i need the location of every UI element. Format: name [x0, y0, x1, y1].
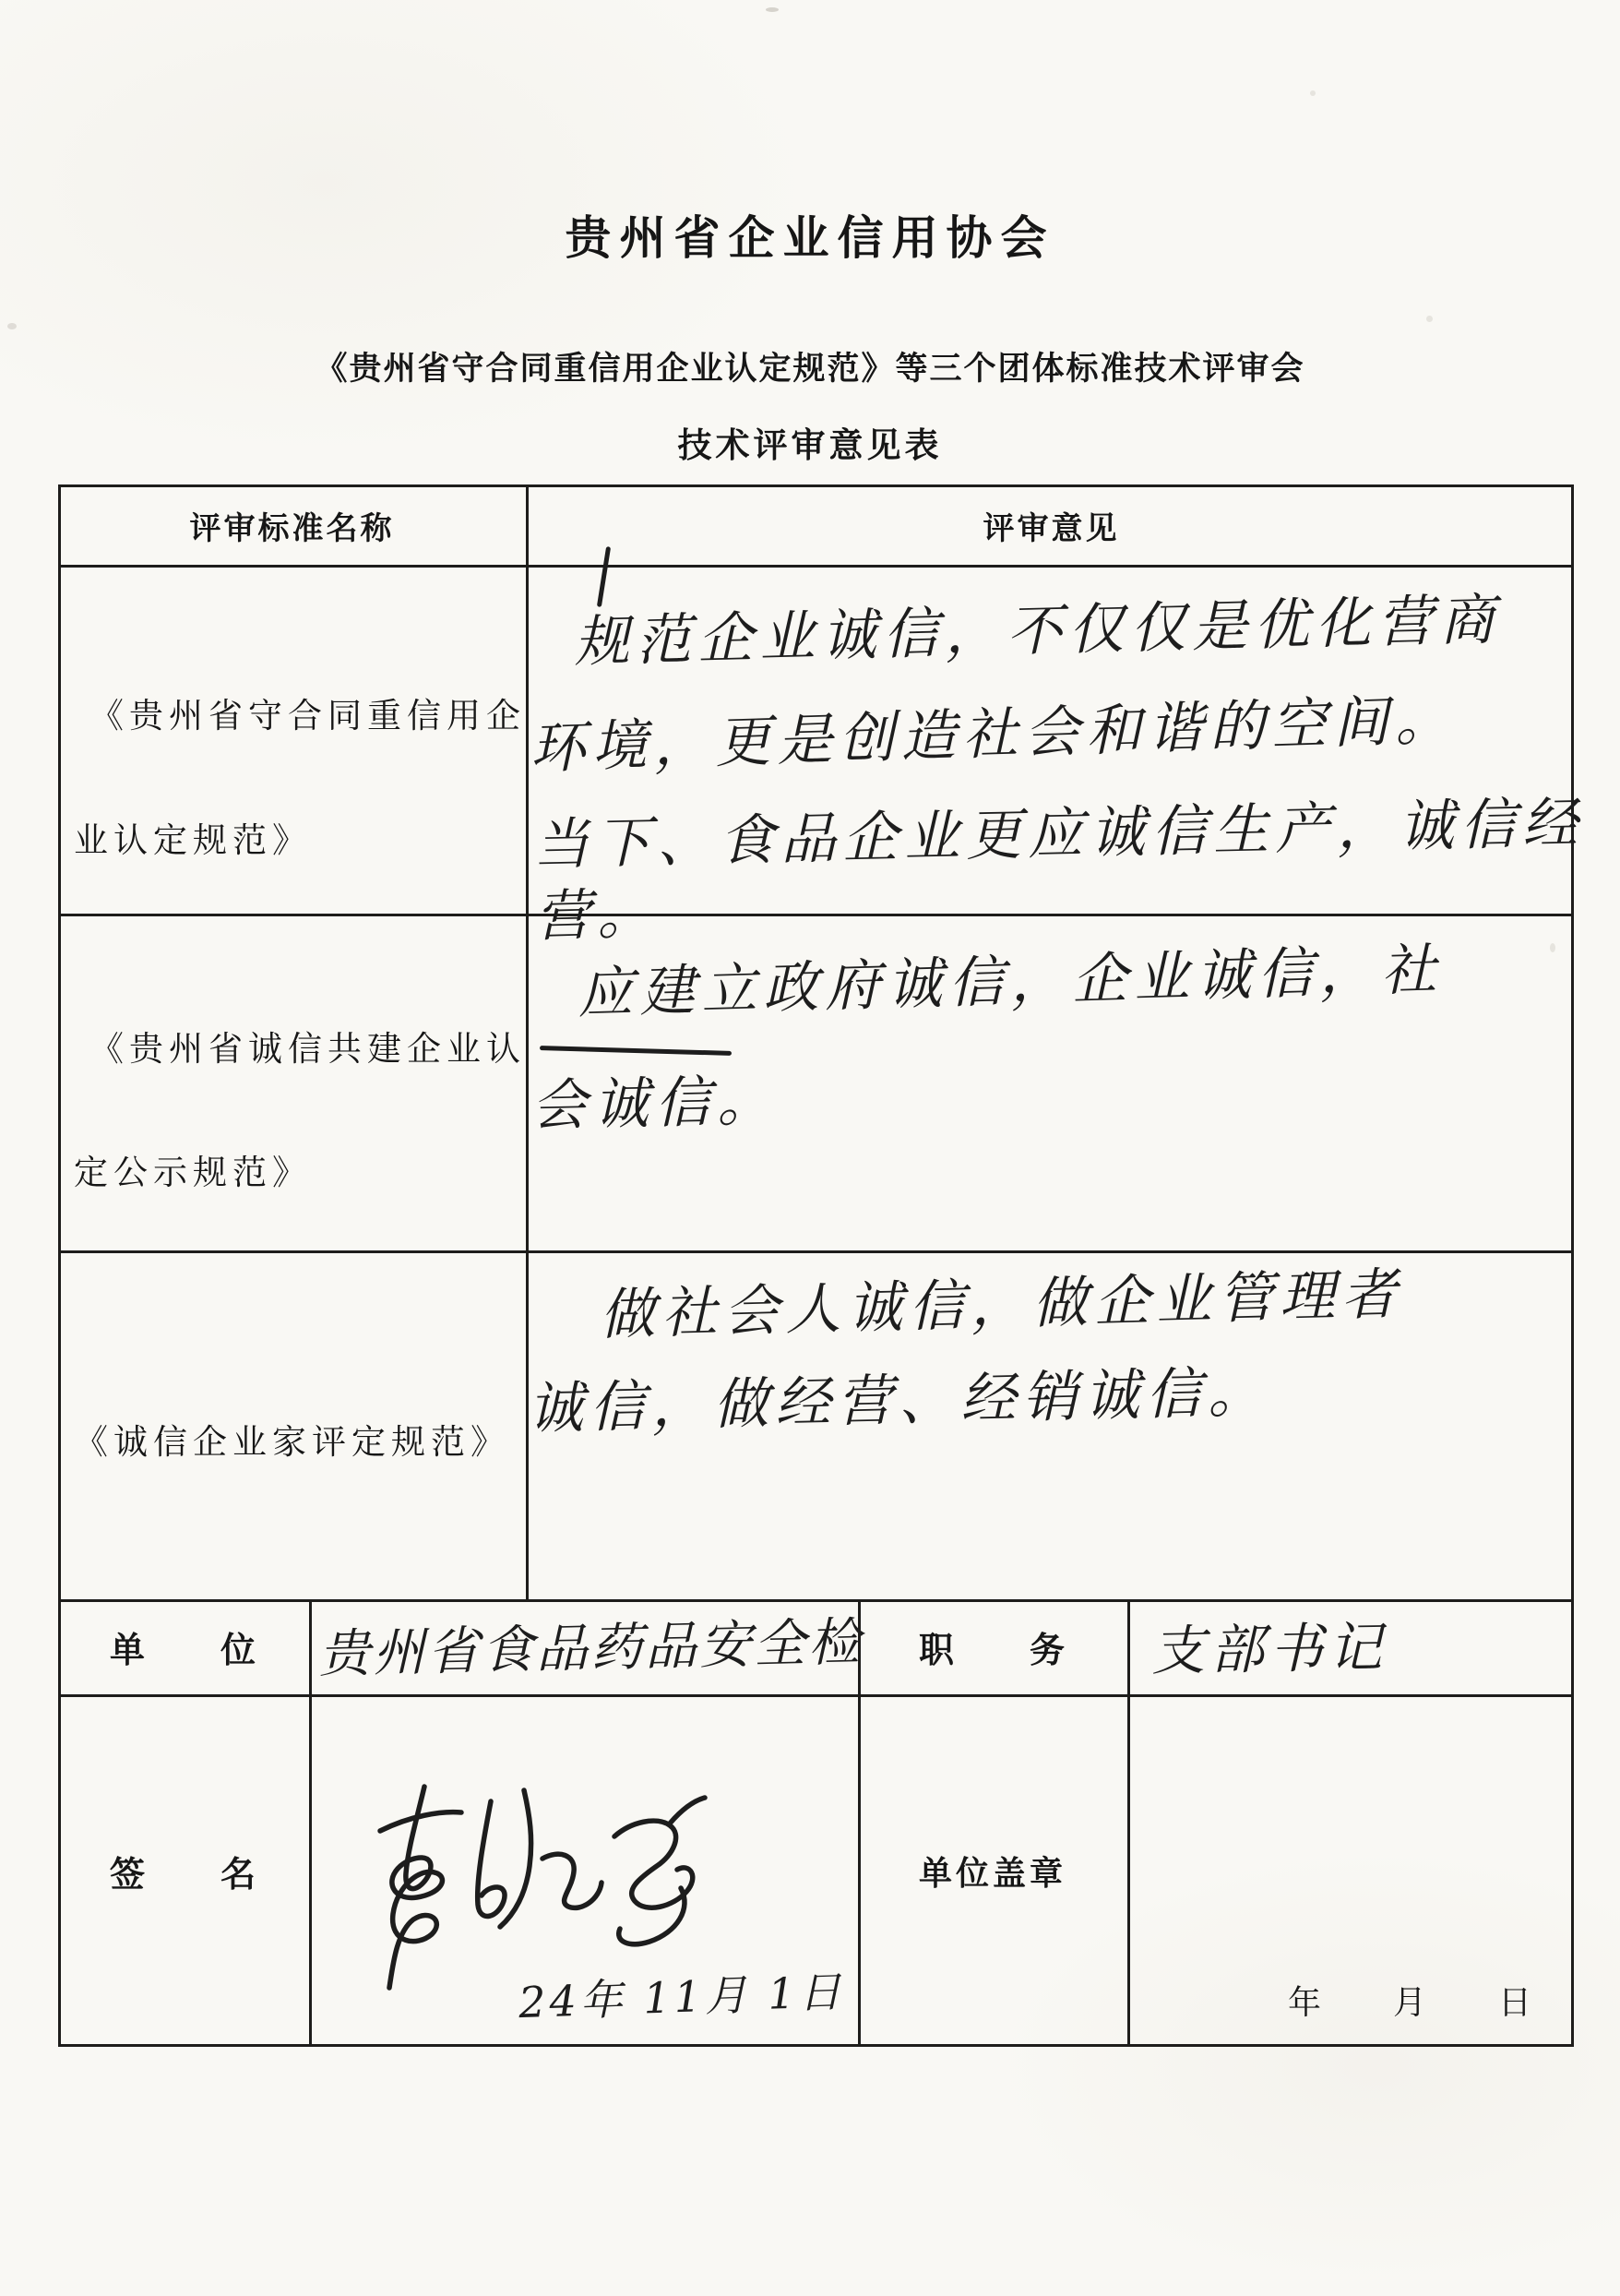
standard-name-line: 业认定规范》	[74, 812, 312, 862]
standard-name-line: 《贵州省守合同重信用企	[89, 688, 526, 737]
scan-speckle	[1310, 90, 1316, 96]
unit-seal-label: 单位盖章	[858, 1694, 1127, 2047]
standard-name-line: 《诚信企业家评定规范》	[74, 1414, 510, 1464]
header-standard-name: 评审标准名称	[58, 486, 526, 565]
table-row-divider	[58, 914, 1574, 916]
table-column-divider	[309, 1599, 312, 2047]
position-label: 职 务	[858, 1602, 1127, 1692]
review-opinion-line: 营。	[534, 869, 660, 951]
page-title: 贵州省企业信用协会	[0, 201, 1620, 268]
header-opinion: 评审意见	[529, 486, 1574, 565]
scan-speckle	[1550, 943, 1555, 952]
scan-speckle	[766, 7, 779, 12]
scan-speckle	[1426, 316, 1433, 322]
seal-date-placeholder: 年 月 日	[1288, 1977, 1533, 2024]
table-column-divider	[1127, 1599, 1130, 2047]
page-subtitle: 《贵州省守合同重信用企业认定规范》等三个团体标准技术评审会	[0, 343, 1620, 389]
standard-name-line: 《贵州省诚信共建企业认	[89, 1021, 526, 1070]
form-title: 技术评审意见表	[0, 417, 1620, 467]
scan-speckle	[7, 323, 17, 329]
review-opinion-line: 诚信，做经营、经销诚信。	[527, 1348, 1270, 1444]
review-opinion-line: 会诚信。	[530, 1057, 780, 1142]
scanned-form-page: 贵州省企业信用协会 《贵州省守合同重信用企业认定规范》等三个团体标准技术评审会 …	[0, 0, 1620, 2296]
standard-name-line: 定公示规范》	[74, 1144, 312, 1194]
signature-label: 签 名	[58, 1694, 309, 2047]
position-value-handwritten: 支部书记	[1150, 1604, 1388, 1685]
unit-value-handwritten: 贵州省食品药品安全检	[317, 1601, 864, 1687]
signature-date-handwritten: 24年 11月 1日	[518, 1958, 846, 2030]
table-row-divider	[58, 565, 1574, 568]
unit-label: 单 位	[58, 1602, 309, 1692]
